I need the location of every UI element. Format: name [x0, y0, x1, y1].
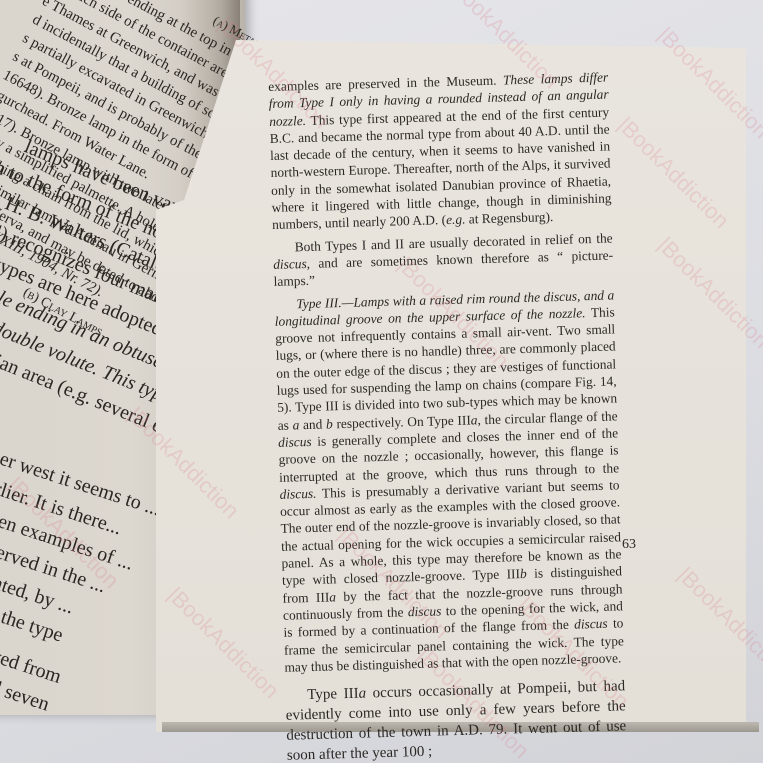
paragraph-type-iii: Type III.—Lamps with a raised rim round … — [274, 286, 624, 676]
paragraph-picture-lamps: Both Types I and II are usually decorate… — [272, 229, 613, 290]
page-number: 63 — [622, 537, 636, 553]
paragraph-type-ii: examples are preserved in the Museum. Th… — [268, 69, 612, 234]
book-photo-scene: (a) Metal Lamps rved handle ending at th… — [0, 0, 763, 763]
